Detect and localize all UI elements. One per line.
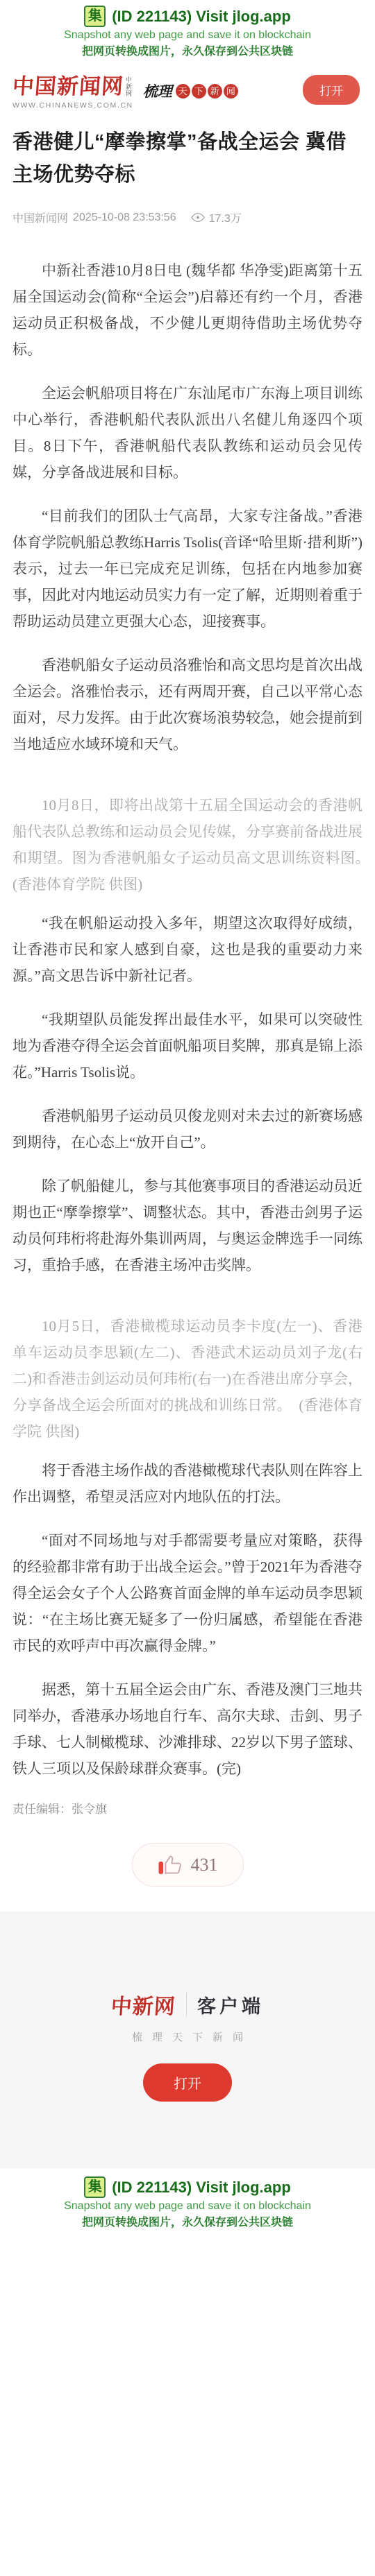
jlog-banner-bottom: 集 (ID 221143) Visit jlog.app Snapshot an… [0, 2168, 375, 2232]
site-header: 中国新闻网 中新网 WWW.CHINANEWS.COM.CN 梳理天下新闻 打开 [0, 65, 375, 114]
slogan-circle: 天 [176, 84, 190, 98]
like-count: 431 [191, 1855, 218, 1875]
slogan-circle: 下 [192, 84, 206, 98]
article-paragraph: 香港帆船男子运动员贝俊龙则对未去过的新赛场感到期待，在心态上“放开自己”。 [12, 1103, 362, 1156]
jlog-link[interactable]: (ID 221143) Visit jlog.app [112, 8, 291, 26]
chinanews-logo[interactable]: 中国新闻网 中新网 WWW.CHINANEWS.COM.CN [12, 75, 133, 110]
slogan-circle: 新 [208, 84, 222, 98]
article-body: 中新社香港10月8日电 (魏华都 华净雯)距离第十五届全国运动会(简称“全运会”… [12, 257, 362, 1782]
footer-logo-red: 中新网 [110, 1989, 176, 2020]
jlog-badge-icon: 集 [84, 6, 106, 27]
article-paragraph: “目前我们的团队士气高昂，大家专注备战。”香港体育学院帆船总教练Harris T… [12, 503, 362, 635]
article-paragraph: “我期望队员能发挥出最佳水平，如果可以突破性地为香港夺得全运会首面帆船项目奖牌，… [12, 1006, 362, 1085]
chinanews-logo-seal: 中新网 [126, 75, 132, 97]
like-section: 431 [0, 1843, 375, 1887]
article-paragraph: 全运会帆船项目将在广东汕尾市广东海上项目训练中心举行，香港帆船代表队派出八名健儿… [12, 380, 362, 486]
article-datetime: 2025-10-08 23:53:56 [73, 212, 176, 224]
app-footer: 中新网 客户端 梳理天下新闻 打开 [0, 1912, 375, 2168]
jlog-tagline-en: Snapshot any web page and save it on blo… [0, 29, 375, 42]
page: 集 (ID 221143) Visit jlog.app Snapshot an… [0, 0, 375, 2232]
site-url: WWW.CHINANEWS.COM.CN [12, 101, 133, 110]
article-source: 中国新闻网 [12, 209, 68, 225]
article-paragraph: 香港帆船女子运动员洛雅怡和高文思均是首次出战全运会。洛雅怡表示，还有两周开赛，自… [12, 652, 362, 757]
view-count: 17.3万 [209, 209, 242, 225]
article-paragraph: “面对不同场地与对手都需要考量应对策略，获得的经验都非常有助于出战全运会。”曾于… [12, 1527, 362, 1659]
article-meta: 中国新闻网 2025-10-08 23:53:56 17.3万 [12, 209, 362, 225]
article-paragraph: 除了帆船健儿，参与其他赛事项目的香港运动员近期也正“摩拳擦掌”、调整状态。其中，… [12, 1173, 362, 1278]
jlog-tagline-en: Snapshot any web page and save it on blo… [0, 2200, 375, 2213]
slogan-graphic: 梳理天下新闻 [143, 80, 238, 101]
jlog-link[interactable]: (ID 221143) Visit jlog.app [112, 2179, 291, 2197]
eye-icon [191, 212, 205, 223]
footer-slogan: 梳理天下新闻 [0, 2029, 375, 2044]
footer-logo-client: 客户端 [197, 1991, 264, 2018]
editor-line: 责任编辑：张令旗 [12, 1799, 362, 1817]
slogan-prefix: 梳理 [143, 83, 172, 100]
open-app-button[interactable]: 打开 [303, 75, 360, 105]
image-caption: 10月5日，香港橄榄球运动员李卡度(左一)、香港单车运动员李思颖(左二)、香港武… [12, 1313, 362, 1445]
article-paragraph: “我在帆船运动投入多年，期望这次取得好成绩，让香港市民和家人感到自豪，这也是我的… [12, 910, 362, 989]
image-caption: 10月8日，即将出战第十五届全国运动会的香港帆船代表队总教练和运动员会见传媒，分… [12, 792, 362, 898]
jlog-badge-icon: 集 [84, 2176, 106, 2198]
chinanews-logo-text: 中国新闻网 [12, 75, 124, 98]
article-paragraph: 中新社香港10月8日电 (魏华都 华净雯)距离第十五届全国运动会(简称“全运会”… [12, 257, 362, 363]
jlog-tagline-zh: 把网页转换成图片，永久保存到公共区块链 [0, 42, 375, 58]
article-paragraph: 将于香港主场作战的香港橄榄球代表队则在阵容上作出调整，希望灵活应对内地队伍的打法… [12, 1457, 362, 1510]
footer-logo: 中新网 客户端 [0, 1989, 375, 2020]
thumbs-up-icon [158, 1854, 183, 1875]
slogan-circle: 闻 [224, 84, 238, 98]
article-title: 香港健儿“摩拳擦掌”备战全运会 冀借主场优势夺标 [12, 126, 362, 191]
footer-logo-divider [186, 1993, 187, 2016]
article-paragraph: 据悉，第十五届全运会由广东、香港及澳门三地共同举办，香港承办场地自行车、高尔夫球… [12, 1676, 362, 1782]
jlog-tagline-zh: 把网页转换成图片，永久保存到公共区块链 [0, 2213, 375, 2229]
like-button[interactable]: 431 [132, 1843, 244, 1887]
footer-open-app-button[interactable]: 打开 [143, 2063, 232, 2102]
jlog-banner-top: 集 (ID 221143) Visit jlog.app Snapshot an… [0, 0, 375, 65]
